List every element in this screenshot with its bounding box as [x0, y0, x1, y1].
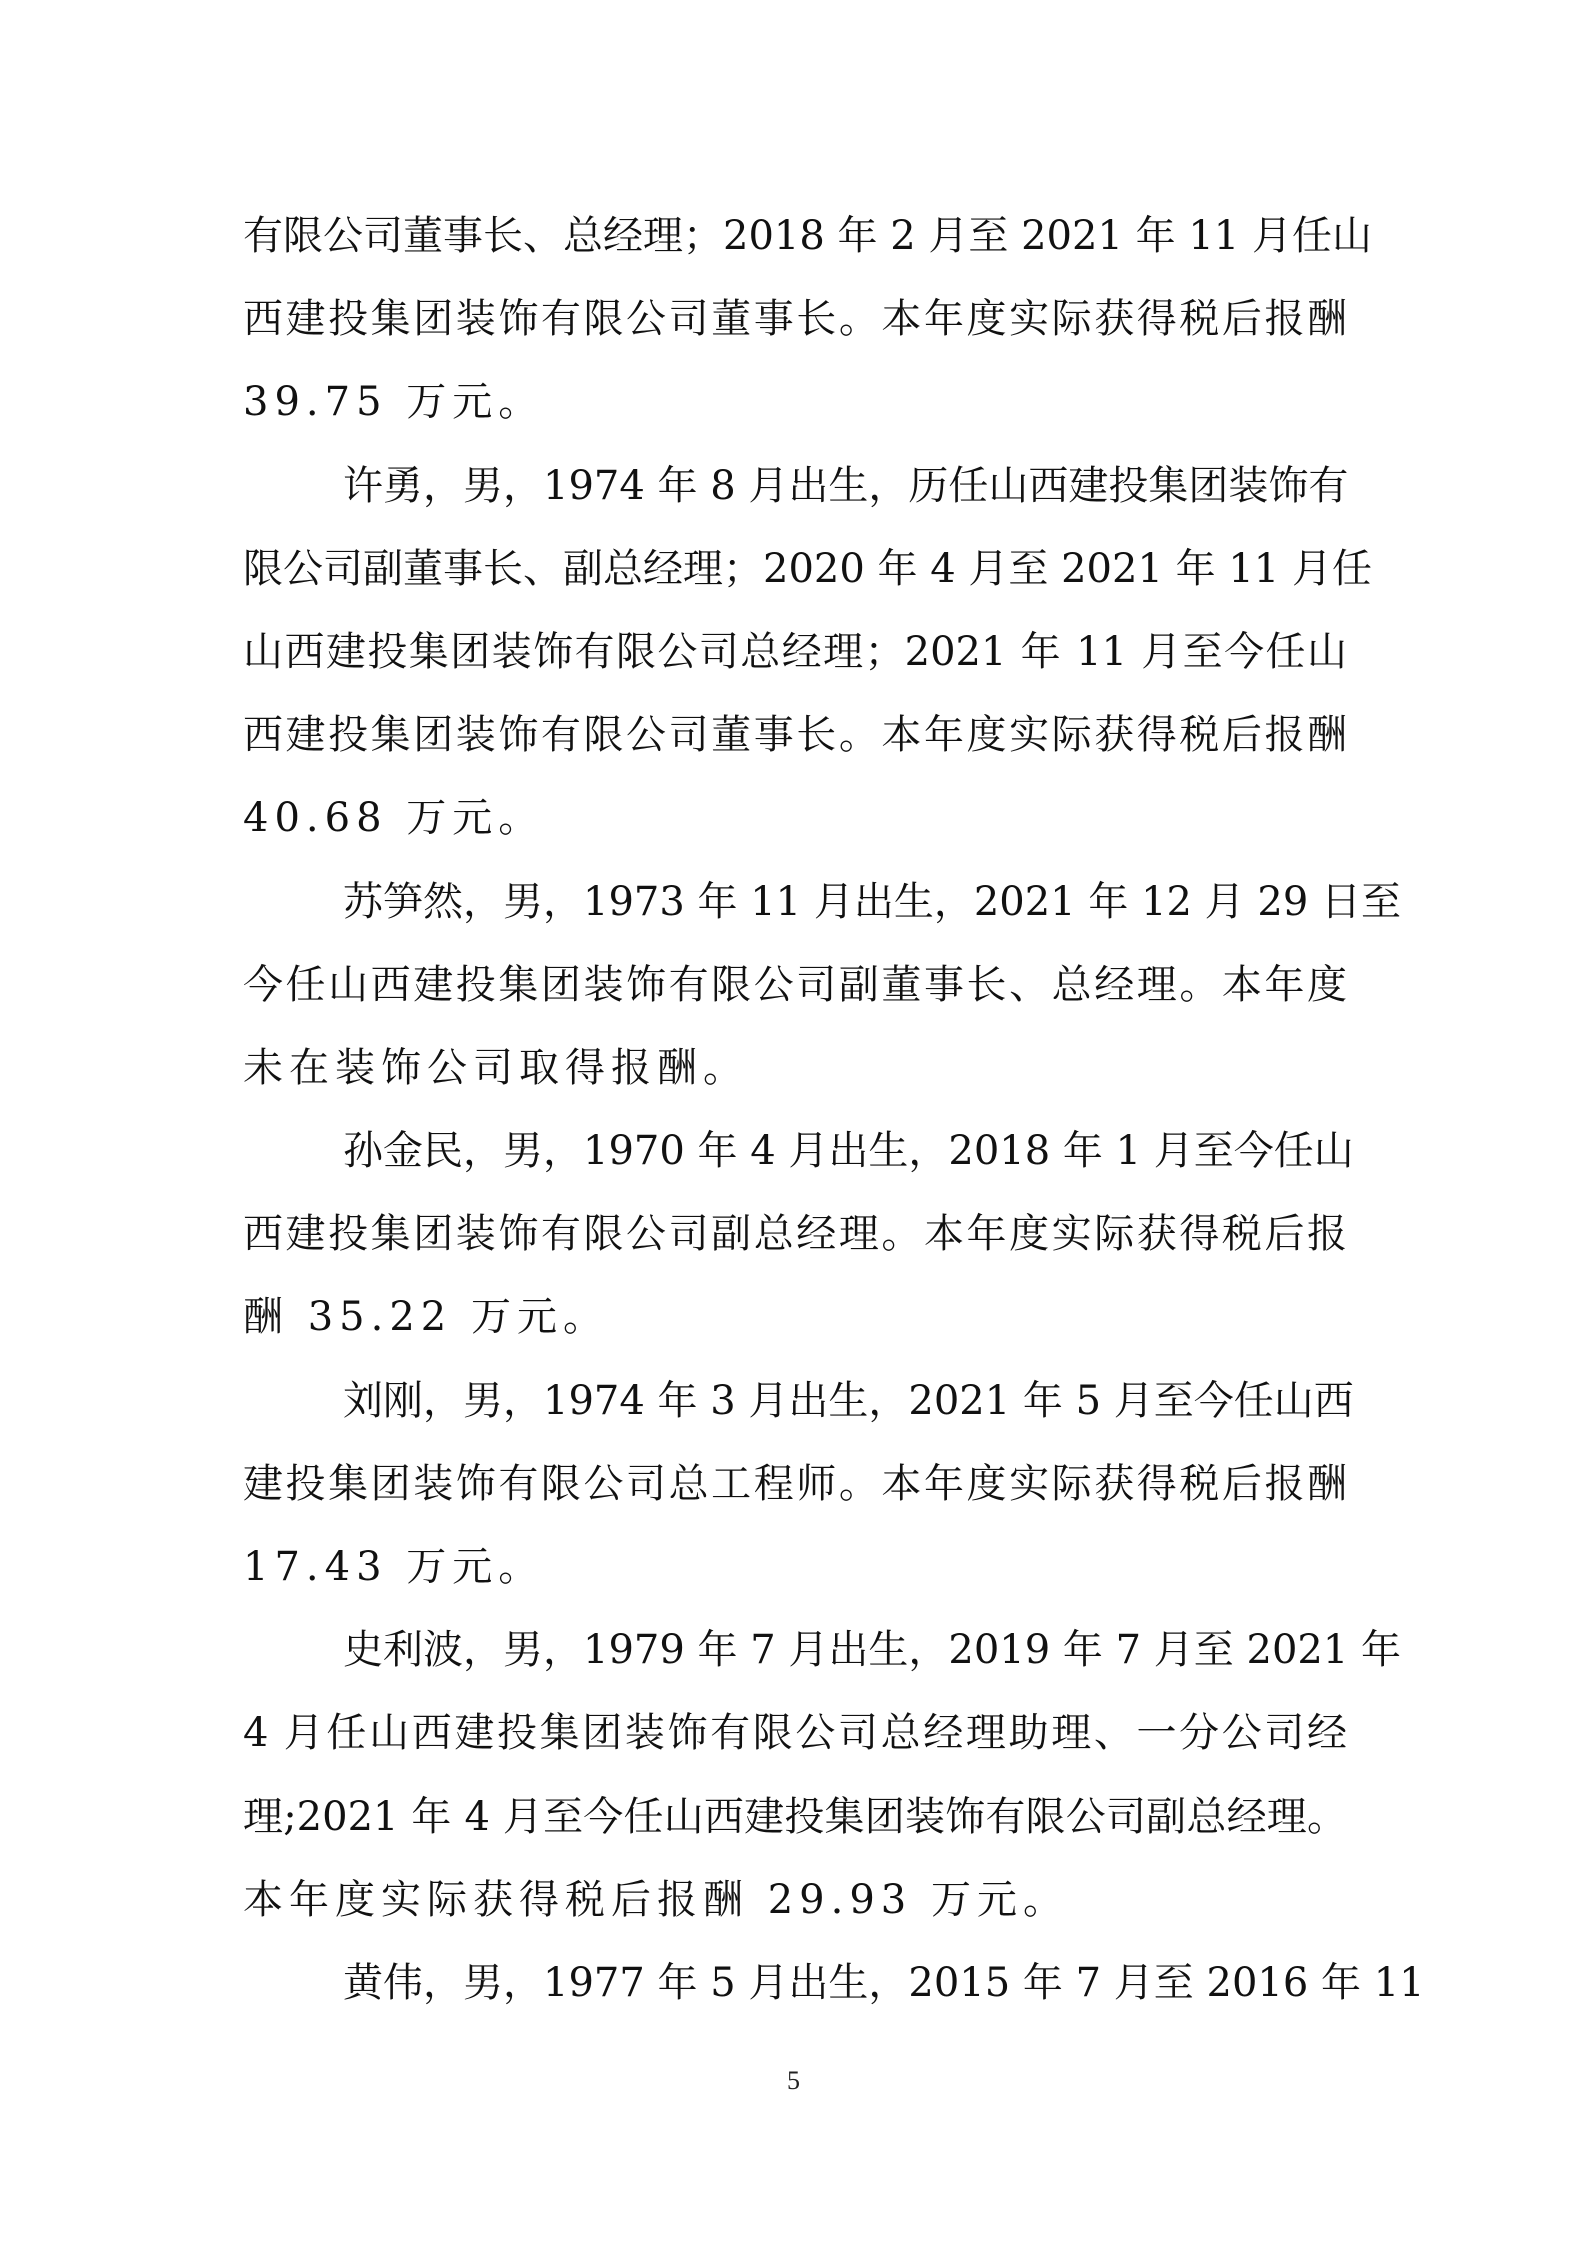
- paragraph-start-xu-yong: 许勇，男，1974 年 8 月出生，历任山西建投集团装饰有: [243, 445, 1347, 528]
- text-line: 4 月任山西建投集团装饰有限公司总经理助理、一分公司经: [243, 1692, 1347, 1775]
- document-page: 有限公司董事长、总经理；2018 年 2 月至 2021 年 11 月任山 西建…: [0, 0, 1587, 2245]
- text-line: 西建投集团装饰有限公司副总经理。本年度实际获得税后报: [243, 1193, 1347, 1276]
- paragraph-start-huang-wei: 黄伟，男，1977 年 5 月出生，2015 年 7 月至 2016 年 11: [243, 1942, 1347, 2025]
- paragraph-start-sun-jinmin: 孙金民，男，1970 年 4 月出生，2018 年 1 月至今任山: [243, 1110, 1347, 1193]
- text-line: 本年度实际获得税后报酬 29.93 万元。: [243, 1859, 1347, 1942]
- text-line: 西建投集团装饰有限公司董事长。本年度实际获得税后报酬: [243, 278, 1347, 361]
- text-line: 建投集团装饰有限公司总工程师。本年度实际获得税后报酬: [243, 1443, 1347, 1526]
- paragraph-start-shi-libo: 史利波，男，1979 年 7 月出生，2019 年 7 月至 2021 年: [243, 1609, 1347, 1692]
- text-line: 限公司副董事长、副总经理；2020 年 4 月至 2021 年 11 月任: [243, 528, 1347, 611]
- text-line: 酬 35.22 万元。: [243, 1276, 1347, 1359]
- text-line: 有限公司董事长、总经理；2018 年 2 月至 2021 年 11 月任山: [243, 195, 1347, 278]
- text-line: 39.75 万元。: [243, 361, 1347, 444]
- text-line: 理;2021 年 4 月至今任山西建投集团装饰有限公司副总经理。: [243, 1776, 1347, 1859]
- text-line: 今任山西建投集团装饰有限公司副董事长、总经理。本年度: [243, 944, 1347, 1027]
- text-line: 西建投集团装饰有限公司董事长。本年度实际获得税后报酬: [243, 694, 1347, 777]
- text-line: 山西建投集团装饰有限公司总经理；2021 年 11 月至今任山: [243, 611, 1347, 694]
- body-text: 有限公司董事长、总经理；2018 年 2 月至 2021 年 11 月任山 西建…: [243, 195, 1347, 2025]
- text-line: 未在装饰公司取得报酬。: [243, 1027, 1347, 1110]
- paragraph-start-su-sunran: 苏笋然，男，1973 年 11 月出生，2021 年 12 月 29 日至: [243, 861, 1347, 944]
- text-line: 40.68 万元。: [243, 777, 1347, 860]
- text-line: 17.43 万元。: [243, 1526, 1347, 1609]
- page-number: 5: [0, 2066, 1587, 2096]
- paragraph-start-liu-gang: 刘刚，男，1974 年 3 月出生，2021 年 5 月至今任山西: [243, 1360, 1347, 1443]
